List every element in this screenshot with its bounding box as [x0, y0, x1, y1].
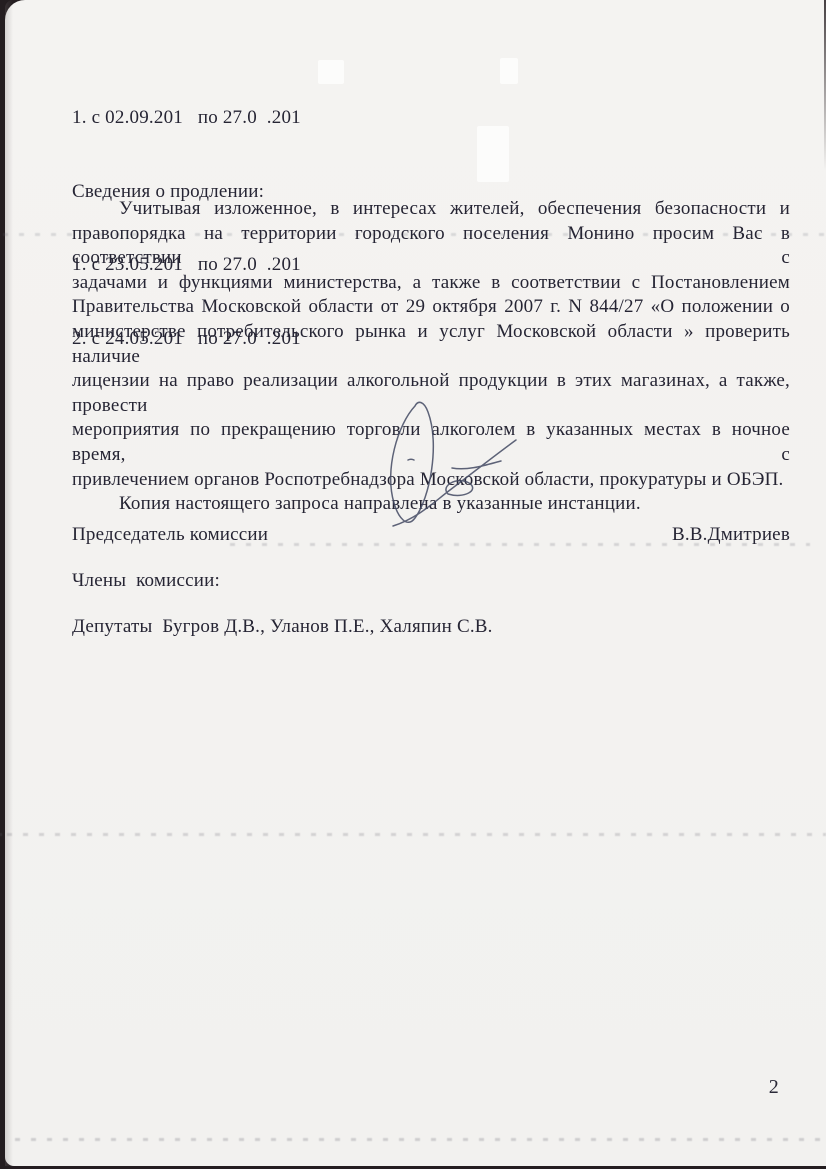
- body-paragraph-line: задачами и функциями министерства, а так…: [72, 271, 790, 296]
- correction-patch: [318, 60, 344, 84]
- correction-patch: [477, 126, 509, 182]
- body-paragraph-line: Учитывая изложенное, в интересах жителей…: [72, 197, 790, 222]
- members-label: Члены комиссии:: [72, 570, 220, 592]
- body-paragraph-line: министерстве потребительского рынка и ус…: [72, 320, 790, 369]
- page-number: 2: [72, 1076, 779, 1099]
- scanner-edge-shadow-left: [5, 0, 13, 1166]
- fold-line: [10, 1138, 826, 1141]
- correction-patch: [500, 58, 518, 84]
- extension-dates-line: 1. с 02.09.201 по 27.0 .201: [72, 106, 301, 131]
- scanned-document: 1. с 02.09.201 по 27.0 .201 Сведения о п…: [0, 0, 826, 1169]
- body-paragraph-line: Правительства Московской области от 29 о…: [72, 295, 790, 320]
- body-paragraph-line: правопорядка на территории городского по…: [72, 222, 790, 271]
- fold-line: [0, 833, 826, 836]
- chairman-name: В.В.Дмитриев: [672, 524, 790, 546]
- signature-icon: [368, 398, 558, 543]
- members-names: Депутаты Бугров Д.В., Уланов П.Е., Халяп…: [72, 616, 493, 638]
- chairman-signature-row: Председатель комиссии В.В.Дмитриев: [72, 524, 790, 546]
- chairman-label: Председатель комиссии: [72, 524, 268, 546]
